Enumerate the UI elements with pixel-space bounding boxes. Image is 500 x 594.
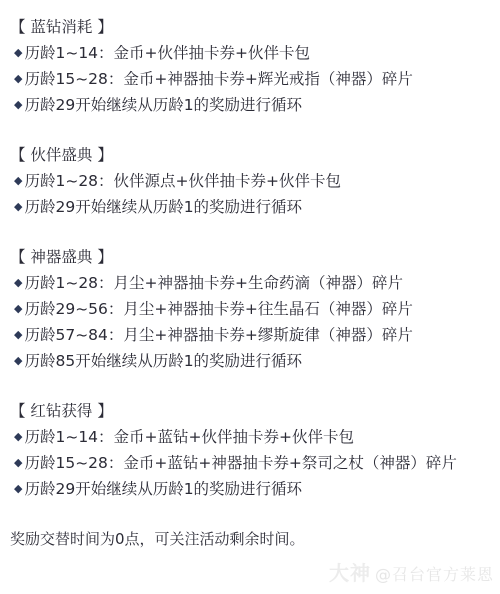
list-item: ◆历龄15~28：金币+神器抽卡券+辉光戒指（神器）碎片: [10, 66, 496, 92]
list-item: ◆历龄15~28：金币+蓝钻+神器抽卡券+祭司之杖（神器）碎片: [10, 450, 496, 476]
section-red-diamond-gain: 【 红钻获得 】 ◆历龄1~14：金币+蓝钻+伙伴抽卡券+伙伴卡包 ◆历龄15~…: [10, 398, 496, 502]
list-item: ◆历龄1~28：伙伴源点+伙伴抽卡券+伙伴卡包: [10, 168, 496, 194]
diamond-bullet-icon: ◆: [14, 476, 22, 502]
diamond-bullet-icon: ◆: [14, 270, 22, 296]
watermark-handle: @召台官方莱恩: [375, 565, 494, 584]
section-artifact-festival: 【 神器盛典 】 ◆历龄1~28：月尘+神器抽卡券+生命药滴（神器）碎片 ◆历龄…: [10, 244, 496, 374]
list-item: ◆历龄29~56：月尘+神器抽卡券+往生晶石（神器）碎片: [10, 296, 496, 322]
diamond-bullet-icon: ◆: [14, 168, 22, 194]
diamond-bullet-icon: ◆: [14, 92, 22, 118]
diamond-bullet-icon: ◆: [14, 194, 22, 220]
list-item: ◆历龄29开始继续从历龄1的奖励进行循环: [10, 476, 496, 502]
list-item: ◆历龄29开始继续从历龄1的奖励进行循环: [10, 92, 496, 118]
list-item: ◆历龄1~14：金币+伙伴抽卡券+伙伴卡包: [10, 40, 496, 66]
section-heading: 【 神器盛典 】: [10, 244, 496, 270]
diamond-bullet-icon: ◆: [14, 40, 22, 66]
diamond-bullet-icon: ◆: [14, 296, 22, 322]
diamond-bullet-icon: ◆: [14, 66, 22, 92]
section-heading: 【 伙伴盛典 】: [10, 142, 496, 168]
list-item: ◆历龄57~84：月尘+神器抽卡券+缪斯旋律（神器）碎片: [10, 322, 496, 348]
watermark-brand: 大神: [329, 561, 371, 585]
section-heading: 【 红钻获得 】: [10, 398, 496, 424]
diamond-bullet-icon: ◆: [14, 424, 22, 450]
list-item: ◆历龄29开始继续从历龄1的奖励进行循环: [10, 194, 496, 220]
reset-time-note: 奖励交替时间为0点，可关注活动剩余时间。: [10, 526, 496, 552]
diamond-bullet-icon: ◆: [14, 450, 22, 476]
list-item: ◆历龄85开始继续从历龄1的奖励进行循环: [10, 348, 496, 374]
watermark: 大神@召台官方莱恩: [329, 557, 494, 586]
section-partner-festival: 【 伙伴盛典 】 ◆历龄1~28：伙伴源点+伙伴抽卡券+伙伴卡包 ◆历龄29开始…: [10, 142, 496, 220]
diamond-bullet-icon: ◆: [14, 322, 22, 348]
section-blue-diamond-consume: 【 蓝钻消耗 】 ◆历龄1~14：金币+伙伴抽卡券+伙伴卡包 ◆历龄15~28：…: [10, 14, 496, 118]
document-body: 【 蓝钻消耗 】 ◆历龄1~14：金币+伙伴抽卡券+伙伴卡包 ◆历龄15~28：…: [10, 14, 496, 552]
list-item: ◆历龄1~28：月尘+神器抽卡券+生命药滴（神器）碎片: [10, 270, 496, 296]
diamond-bullet-icon: ◆: [14, 348, 22, 374]
list-item: ◆历龄1~14：金币+蓝钻+伙伴抽卡券+伙伴卡包: [10, 424, 496, 450]
section-heading: 【 蓝钻消耗 】: [10, 14, 496, 40]
